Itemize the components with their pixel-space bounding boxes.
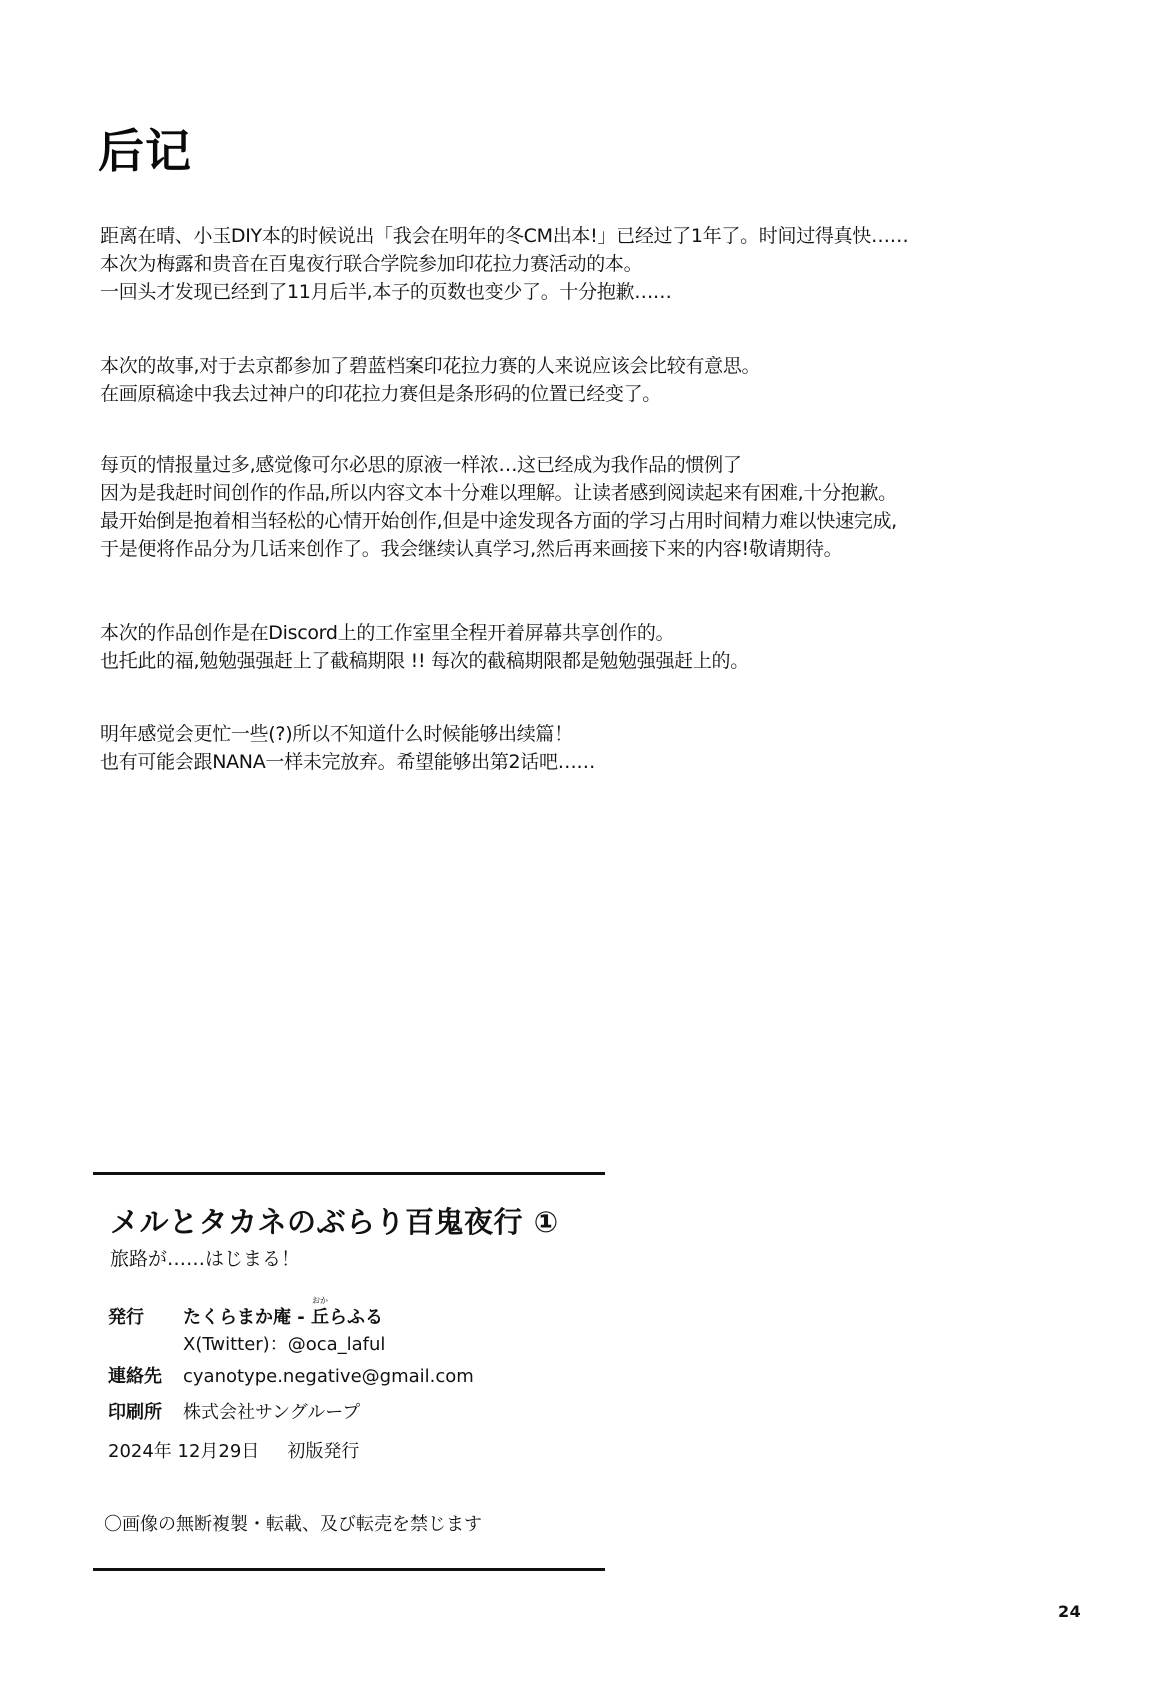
afterword-paragraph-5: 明年感觉会更忙一些(?)所以不知道什么时候能够出续篇！ 也有可能会跟NANA一样… bbox=[100, 720, 595, 776]
colophon-top-divider bbox=[93, 1172, 605, 1175]
printer-label: 印刷所 bbox=[108, 1404, 183, 1422]
text-line: 也托此的福,勉勉强强赶上了截稿期限 !! 每次的截稿期限都是勉勉强强赶上的。 bbox=[100, 647, 749, 675]
text-line: 也有可能会跟NANA一样未完放弃。希望能够出第2话吧…… bbox=[100, 748, 595, 776]
edition-label: 初版発行 bbox=[287, 1441, 359, 1462]
text-line: 距离在晴、小玉DIY本的时候说出「我会在明年的冬CM出本!」已经过了1年了。时间… bbox=[100, 222, 908, 250]
afterword-paragraph-4: 本次的作品创作是在Discord上的工作室里全程开着屏幕共享创作的。 也托此的福… bbox=[100, 619, 749, 675]
book-subtitle: 旅路が……はじまる！ bbox=[110, 1250, 300, 1269]
printer-name: 株式会社サングループ bbox=[183, 1402, 360, 1423]
publication-date-row: 2024年 12月29日初版発行 bbox=[108, 1443, 359, 1461]
publisher-circle: たくらまか庵 - bbox=[183, 1307, 311, 1328]
text-line: 本次为梅露和贵音在百鬼夜行联合学院参加印花拉力赛活动的本。 bbox=[100, 250, 908, 278]
text-line: 于是便将作品分为几话来创作了。我会继续认真学习,然后再来画接下来的内容!敬请期待… bbox=[100, 535, 897, 563]
publication-date: 2024年 12月29日 bbox=[108, 1441, 259, 1462]
text-line: 因为是我赶时间创作的作品,所以内容文本十分难以理解。让读者感到阅读起来有困难,十… bbox=[100, 479, 897, 507]
text-line: 最开始倒是抱着相当轻松的心情开始创作,但是中途发现各方面的学习占用时间精力难以快… bbox=[100, 507, 897, 535]
colophon-bottom-divider bbox=[93, 1568, 605, 1571]
copyright-notice: 〇画像の無断複製・転載、及び転売を禁じます bbox=[104, 1516, 482, 1534]
afterword-paragraph-1: 距离在晴、小玉DIY本的时候说出「我会在明年的冬CM出本!」已经过了1年了。时间… bbox=[100, 222, 908, 306]
publisher-row: 発行たくらまか庵 - おか丘らふる bbox=[108, 1309, 383, 1327]
author-kanji: 丘 bbox=[311, 1307, 329, 1328]
author-name-rest: らふる bbox=[329, 1307, 383, 1328]
contact-email: cyanotype.negative@gmail.com bbox=[183, 1366, 474, 1387]
text-line: 每页的情报量过多,感觉像可尔必思的原液一样浓…这已经成为我作品的惯例了 bbox=[100, 451, 897, 479]
text-line: 一回头才发现已经到了11月后半,本子的页数也变少了。十分抱歉…… bbox=[100, 278, 908, 306]
afterword-paragraph-2: 本次的故事,对于去京都参加了碧蓝档案印花拉力赛的人来说应该会比较有意思。 在画原… bbox=[100, 352, 760, 408]
text-line: 在画原稿途中我去过神户的印花拉力赛但是条形码的位置已经变了。 bbox=[100, 380, 760, 408]
author-ruby: おか bbox=[312, 1297, 328, 1305]
afterword-paragraph-3: 每页的情报量过多,感觉像可尔必思的原液一样浓…这已经成为我作品的惯例了 因为是我… bbox=[100, 451, 897, 563]
book-title: メルとタカネのぶらり百鬼夜行 ① bbox=[110, 1208, 559, 1237]
social-handle: X(Twitter)：@oca_laful bbox=[183, 1336, 385, 1354]
publisher-label: 発行 bbox=[108, 1309, 183, 1327]
text-line: 本次的故事,对于去京都参加了碧蓝档案印花拉力赛的人来说应该会比较有意思。 bbox=[100, 352, 760, 380]
contact-row: 連絡先cyanotype.negative@gmail.com bbox=[108, 1368, 474, 1386]
contact-label: 連絡先 bbox=[108, 1368, 183, 1386]
page-number: 24 bbox=[1058, 1604, 1081, 1620]
author-name-kanji: おか丘 bbox=[311, 1309, 329, 1327]
page-title: 后记 bbox=[98, 128, 192, 174]
printer-row: 印刷所株式会社サングループ bbox=[108, 1404, 360, 1422]
text-line: 明年感觉会更忙一些(?)所以不知道什么时候能够出续篇！ bbox=[100, 720, 595, 748]
text-line: 本次的作品创作是在Discord上的工作室里全程开着屏幕共享创作的。 bbox=[100, 619, 749, 647]
